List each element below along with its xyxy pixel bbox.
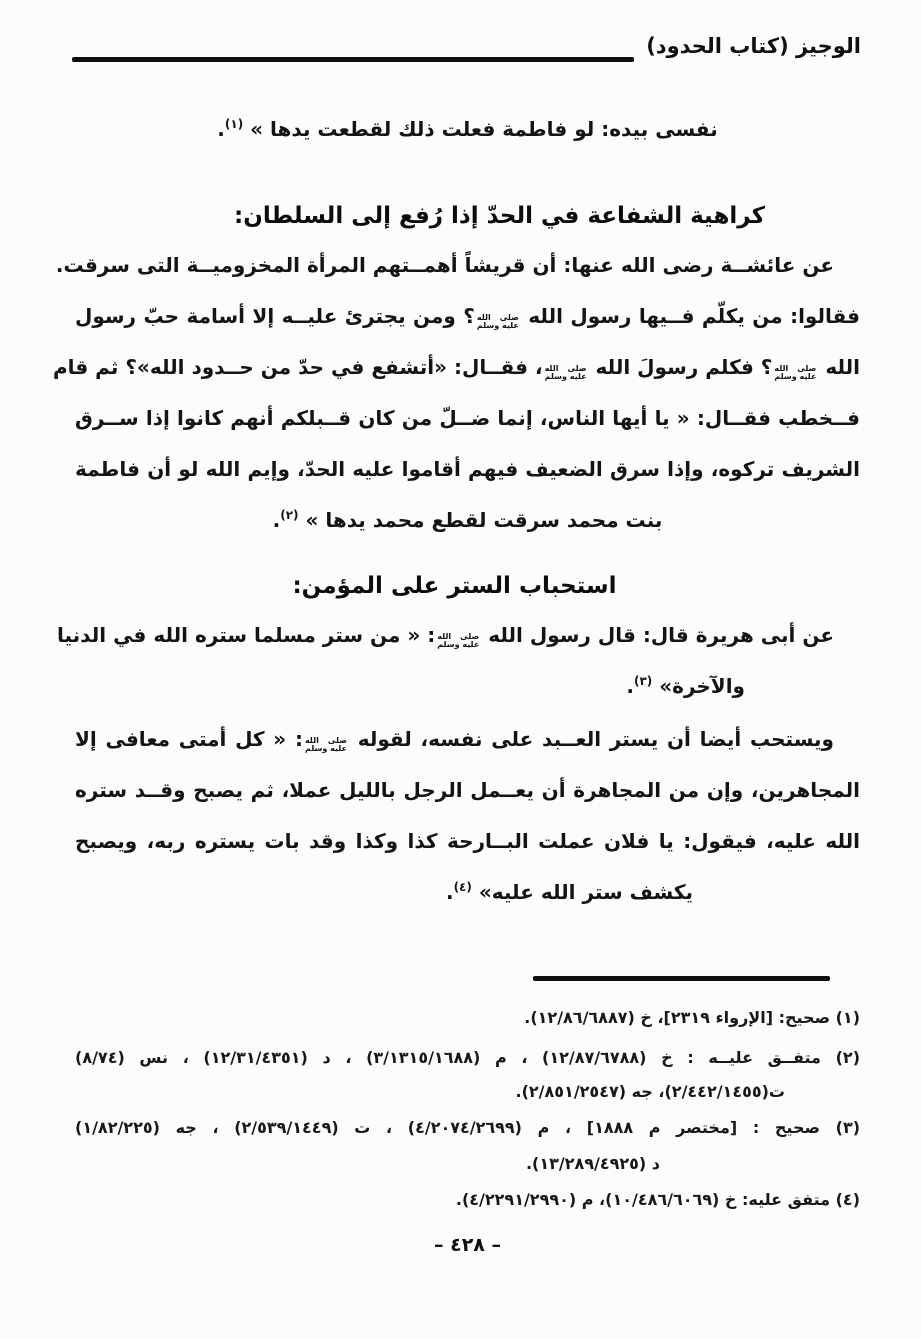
text-segment: . [217, 117, 225, 141]
text-segment: : « كل أمتى معافى إلا [75, 727, 303, 751]
text-segment: الله [818, 355, 860, 379]
footnote-4: (٤) متفق عليه: خ (١٠/٤٨٦/٦٠٦٩)، م (٤/٢٢٩… [75, 1182, 860, 1218]
paragraph-makhzumiyya: عن عائشــة رضى الله عنها: أن قريشاً أهمـ… [75, 240, 860, 546]
text-segment: : « من ستر مسلما ستره الله في الدنيا [57, 623, 435, 647]
text-segment: عن أبى هريرة قال: قال رسول الله [481, 623, 834, 647]
paragraph-line: عن عائشــة رضى الله عنها: أن قريشاً أهمـ… [75, 240, 860, 291]
text-segment: فقالوا: من يكلّم فــيها رسول الله [521, 304, 860, 328]
paragraph-line: ويستحب أيضا أن يستر العــبد على نفسه، لق… [75, 714, 860, 765]
paragraph-self-concealment: ويستحب أيضا أن يستر العــبد على نفسه، لق… [75, 714, 860, 918]
footnote-3-line2: د (١٣/٢٨٩/٤٩٢٥). [75, 1146, 860, 1182]
text-segment: ؟ فكلم رسولَ الله [589, 355, 773, 379]
footnote-ref-4: (٤) [454, 880, 472, 894]
footnote-ref-2: (٢) [280, 508, 298, 522]
footnote-2-line1: (٢) متفــق عليــه : خ (١٢/٨٧/٦٧٨٨) ، م (… [75, 1040, 860, 1076]
text-segment: نفسى بيده: لو فاطمة فعلت ذلك لقطعت يدها … [243, 117, 718, 141]
paragraph-line: بنت محمد سرقت لقطع محمد يدها » (٢). [75, 495, 860, 546]
saw-line2: عليه وسلم [774, 373, 816, 381]
paragraph-continuation: نفسى بيده: لو فاطمة فعلت ذلك لقطعت يدها … [75, 104, 860, 155]
saw-line2: عليه وسلم [437, 641, 479, 649]
footnote-separator-rule [533, 976, 830, 981]
paragraph-line: فــخطب فقــال: « يا أيها الناس، إنما ضــ… [75, 393, 860, 444]
text-segment: ، فقــال: «أتشفع في حدّ من حــدود الله»؟… [53, 355, 543, 379]
paragraph-line: والآخرة» (٣). [75, 661, 860, 712]
footnote-3-line1: (٣) صحيح : [مختصر م ١٨٨٨] ، م (٤/٢٠٧٤/٢٦… [75, 1110, 860, 1146]
header-rule [72, 57, 634, 62]
saw-ligature: صلى اللهعليه وسلم [774, 365, 816, 381]
saw-line2: عليه وسلم [545, 373, 587, 381]
saw-ligature: صلى اللهعليه وسلم [305, 737, 347, 753]
paragraph-line: فقالوا: من يكلّم فــيها رسول الله صلى ال… [75, 291, 860, 342]
text-segment: . [446, 880, 454, 904]
paragraph-line: الله صلى اللهعليه وسلم؟ فكلم رسولَ الله … [75, 342, 860, 393]
footnote-ref-3: (٣) [634, 674, 652, 688]
saw-line2: عليه وسلم [305, 745, 347, 753]
text-segment: . [626, 674, 634, 698]
text-segment: ويستحب أيضا أن يستر العــبد على نفسه، لق… [349, 727, 834, 751]
paragraph-line: الله عليه، فيقول: يا فلان عملت البــارحة… [75, 816, 860, 867]
section-heading-intercession: كراهية الشفاعة في الحدّ إذا رُفع إلى الس… [75, 194, 860, 238]
saw-line2: عليه وسلم [477, 322, 519, 330]
saw-ligature: صلى اللهعليه وسلم [477, 314, 519, 330]
book-page: الوجيز (كتاب الحدود) نفسى بيده: لو فاطمة… [0, 0, 921, 1339]
text-segment: والآخرة» [652, 674, 745, 698]
page-number: – ٤٢٨ – [75, 1234, 860, 1256]
text-segment: ؟ ومن يجترئ عليــه إلا أسامة حبّ رسول [75, 304, 475, 328]
footnote-ref-1: (١) [225, 117, 243, 131]
paragraph-line: عن أبى هريرة قال: قال رسول الله صلى الله… [75, 610, 860, 661]
running-head-title: الوجيز (كتاب الحدود) [646, 34, 861, 58]
footnote-1: (١) صحيح: [الإرواء ٢٣١٩]، خ (١٢/٨٦/٦٨٨٧)… [75, 1000, 860, 1036]
paragraph-line: الشريف تركوه، وإذا سرق الضعيف فيهم أقامو… [75, 444, 860, 495]
paragraph-line: نفسى بيده: لو فاطمة فعلت ذلك لقطعت يدها … [75, 104, 860, 155]
saw-ligature: صلى اللهعليه وسلم [545, 365, 587, 381]
footnote-2-line2: ت(٢/٤٤٢/١٤٥٥)، جه (٢/٨٥١/٢٥٤٧). [75, 1074, 860, 1110]
text-segment: يكشف ستر الله عليه» [472, 880, 693, 904]
paragraph-line: المجاهرين، وإن من المجاهرة أن يعــمل الر… [75, 765, 860, 816]
paragraph-line: يكشف ستر الله عليه» (٤). [75, 867, 860, 918]
text-segment: بنت محمد سرقت لقطع محمد يدها » [299, 508, 663, 532]
paragraph-abu-hurayra: عن أبى هريرة قال: قال رسول الله صلى الله… [75, 610, 860, 712]
section-heading-concealment: استحباب الستر على المؤمن: [75, 564, 860, 608]
saw-ligature: صلى اللهعليه وسلم [437, 633, 479, 649]
